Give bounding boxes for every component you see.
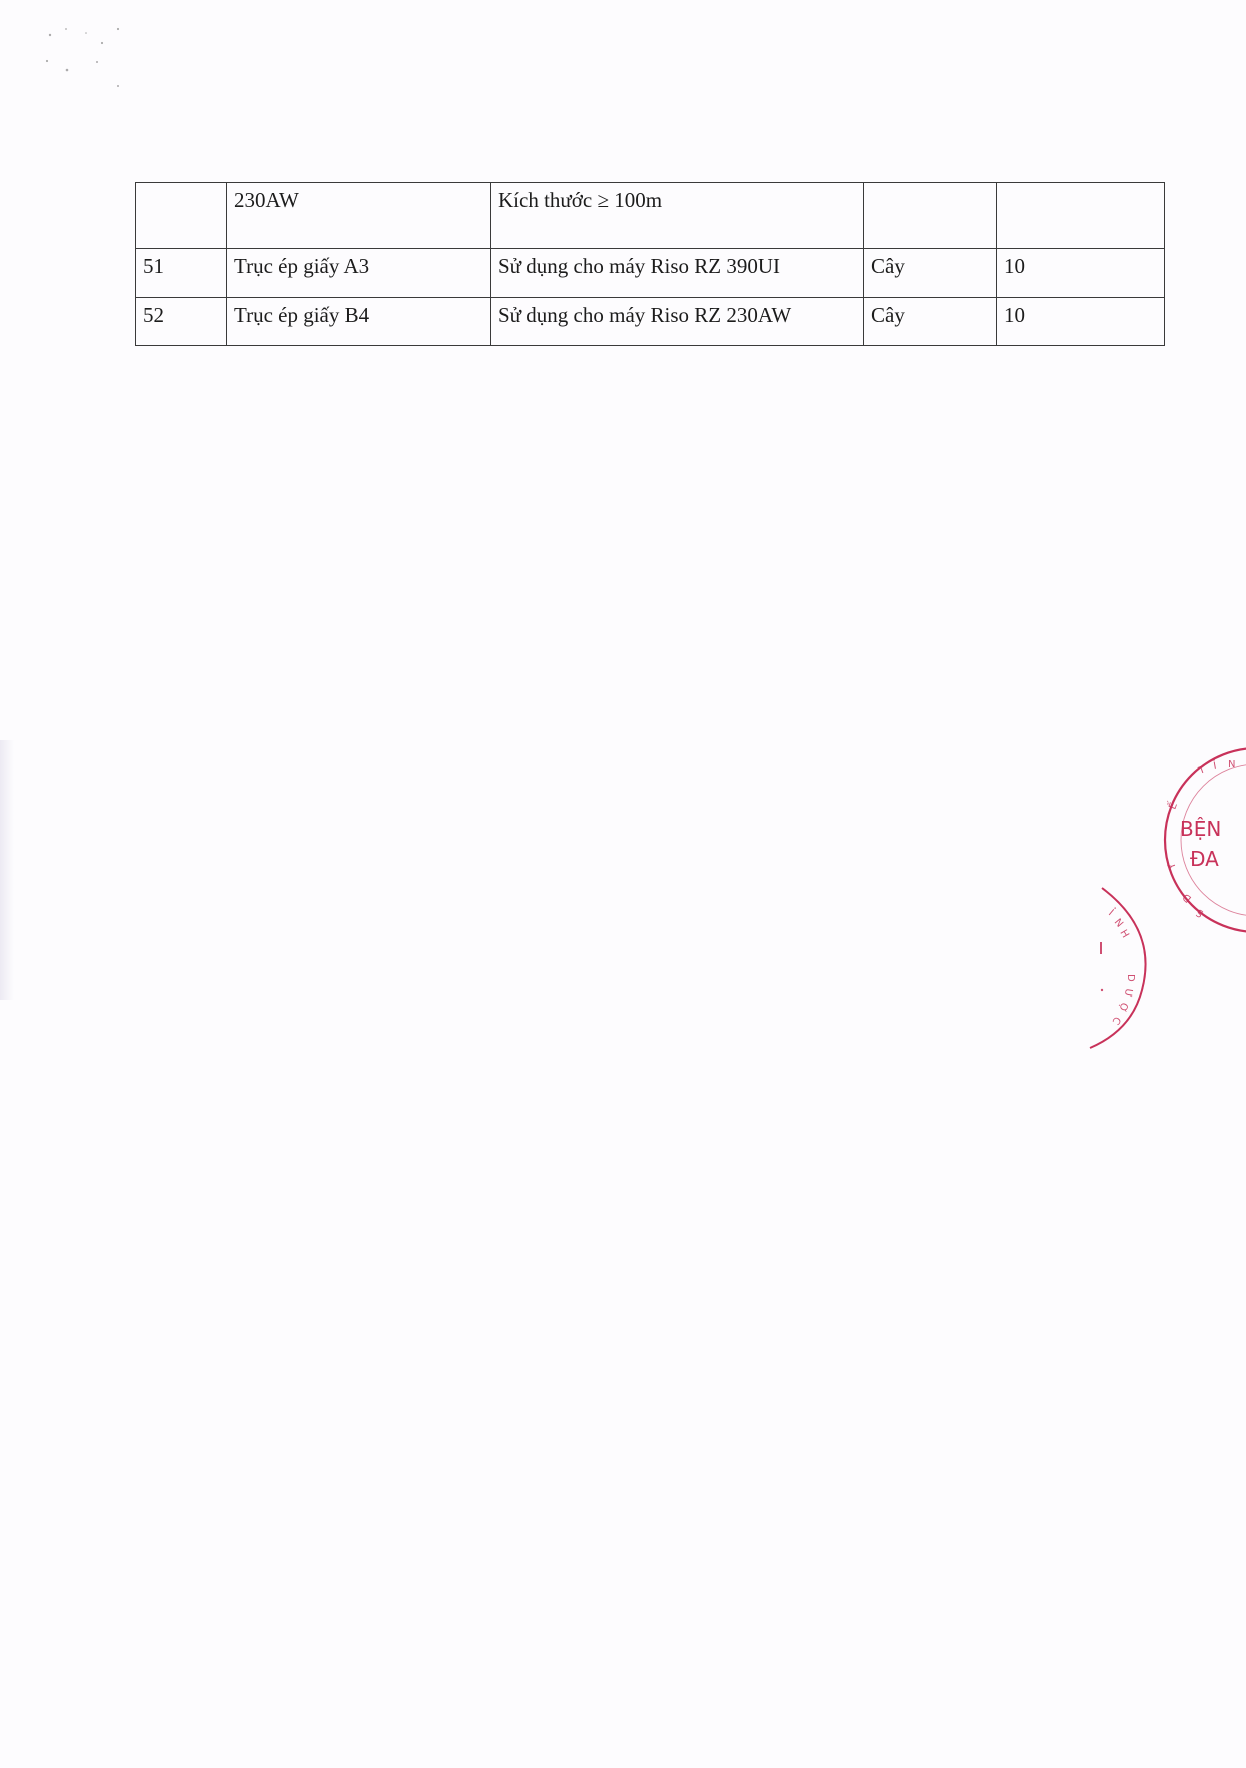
scan-specks [0,0,200,120]
stamp-ring-letter: D [1125,974,1136,982]
cell-no: 51 [136,249,227,298]
cell-unit [864,183,997,249]
stamp-text-line2: ĐA [1190,847,1219,871]
cell-unit: Cây [864,249,997,298]
table-row: 230AW Kích thước ≥ 100m [136,183,1165,249]
stamp-ring-letter: Í [1212,759,1217,772]
stamp-ring-letter: Ợ [1116,1001,1129,1013]
stamp-ring-letter: C [1110,1014,1123,1026]
table-row: 52 Trục ép giấy B4 Sử dụng cho máy Riso … [136,298,1165,346]
cell-unit: Cây [864,298,997,346]
items-table: 230AW Kích thước ≥ 100m 51 Trục ép giấy … [135,182,1165,346]
hospital-stamp: BỆN ĐA T Í N Ế Y D S [1160,742,1246,942]
stamp-ring-letter: H [1117,928,1130,940]
stamp-text-line1: BỆN [1180,817,1221,841]
cell-no [136,183,227,249]
cell-name: Trục ép giấy A3 [227,249,491,298]
stamp-ring-letter: N [1228,759,1235,770]
cell-name: 230AW [227,183,491,249]
cell-spec: Sử dụng cho máy Riso RZ 230AW [491,298,864,346]
document-page: 230AW Kích thước ≥ 100m 51 Trục ép giấy … [0,0,1246,1768]
cell-qty [997,183,1165,249]
stamp-ring-letter: Ỉ [1106,906,1117,919]
stamp-ring-letter: Ư [1122,987,1134,997]
pharmacy-stamp: Ỉ N H D Ư Ợ C [1080,880,1160,1060]
cell-name: Trục ép giấy B4 [227,298,491,346]
scan-shadow [0,740,14,1000]
cell-qty: 10 [997,298,1165,346]
cell-no: 52 [136,298,227,346]
table-row: 51 Trục ép giấy A3 Sử dụng cho máy Riso … [136,249,1165,298]
cell-spec: Kích thước ≥ 100m [491,183,864,249]
stamp-ring-letter: N [1112,917,1125,930]
cell-qty: 10 [997,249,1165,298]
cell-spec: Sử dụng cho máy Riso RZ 390UI [491,249,864,298]
stamp-ring-letter: T [1196,764,1207,777]
